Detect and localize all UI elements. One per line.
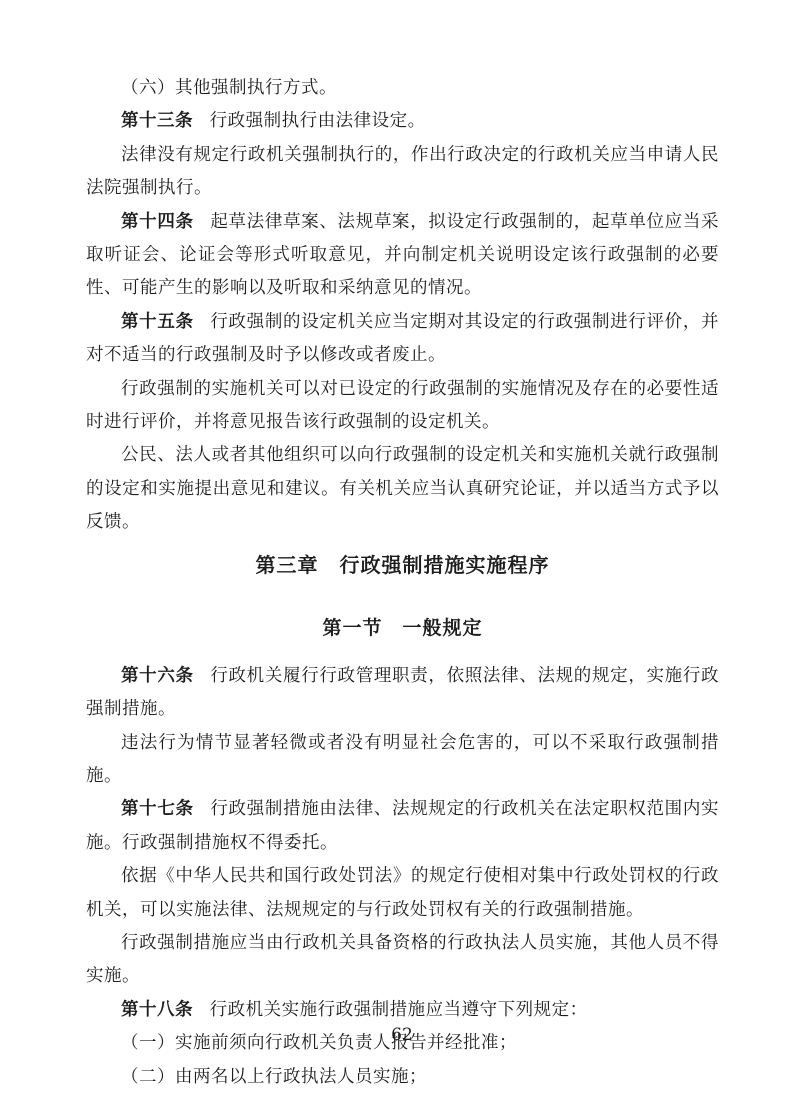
article-number: 第十五条 <box>121 312 194 332</box>
section-heading: 第一节 一般规定 <box>86 612 719 645</box>
document-page: （六）其他强制执行方式。第十三条行政强制执行由法律设定。法律没有规定行政机关强制… <box>0 0 804 1099</box>
paragraph: 公民、法人或者其他组织可以向行政强制的设定机关和实施机关就行政强制的设定和实施提… <box>86 439 719 539</box>
article-number: 第十七条 <box>121 799 194 819</box>
document-body: （六）其他强制执行方式。第十三条行政强制执行由法律设定。法律没有规定行政机关强制… <box>86 72 719 1094</box>
paragraph-text: 行政机关实施行政强制措施应当遵守下列规定： <box>210 1000 588 1020</box>
paragraph: 违法行为情节显著轻微或者没有明显社会危害的，可以不采取行政强制措施。 <box>86 727 719 794</box>
paragraph: 第十五条行政强制的设定机关应当定期对其设定的行政强制进行评价，并对不适当的行政强… <box>86 306 719 373</box>
page-number: 62 <box>0 1022 804 1048</box>
article-number: 第十八条 <box>121 1000 193 1020</box>
paragraph: 第十六条行政机关履行行政管理职责，依照法律、法规的规定，实施行政强制措施。 <box>86 660 719 727</box>
paragraph: 第十四条起草法律草案、法规草案，拟设定行政强制的，起草单位应当采取听证会、论证会… <box>86 206 719 306</box>
paragraph: 第十三条行政强制执行由法律设定。 <box>86 105 719 138</box>
paragraph: 行政强制的实施机关可以对已设定的行政强制的实施情况及存在的必要性适时进行评价，并… <box>86 373 719 440</box>
paragraph-text: 行政强制执行由法律设定。 <box>210 111 426 131</box>
article-number: 第十六条 <box>121 666 194 686</box>
chapter-heading: 第三章 行政强制措施实施程序 <box>86 549 719 582</box>
paragraph: 第十七条行政强制措施由法律、法规规定的行政机关在法定职权范围内实施。行政强制措施… <box>86 793 719 860</box>
article-number: 第十三条 <box>121 111 193 131</box>
paragraph: 法律没有规定行政机关强制执行的，作出行政决定的行政机关应当申请人民法院强制执行。 <box>86 139 719 206</box>
article-number: 第十四条 <box>121 212 194 232</box>
paragraph: 依据《中华人民共和国行政处罚法》的规定行使相对集中行政处罚权的行政机关，可以实施… <box>86 860 719 927</box>
paragraph: （二）由两名以上行政执法人员实施； <box>86 1061 719 1094</box>
paragraph: （六）其他强制执行方式。 <box>86 72 719 105</box>
paragraph: 行政强制措施应当由行政机关具备资格的行政执法人员实施，其他人员不得实施。 <box>86 927 719 994</box>
